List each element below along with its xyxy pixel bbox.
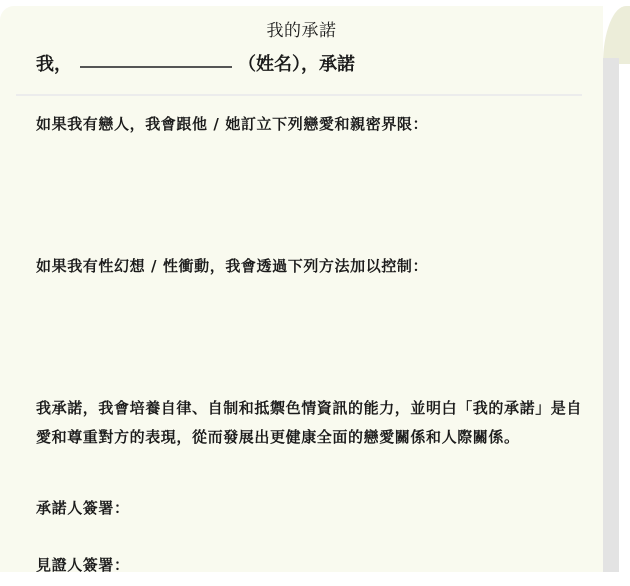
name-line: 我， （姓名），承諾	[36, 50, 355, 76]
witness-signature-label: 見證人簽署：	[36, 551, 586, 580]
name-prefix: 我，	[36, 50, 72, 76]
page-viewport: 我的承諾 我， （姓名），承諾 如果我有戀人，我會跟他 / 她訂立下列戀愛和親密…	[0, 0, 630, 586]
promisor-signature-label: 承諾人簽署：	[36, 494, 586, 523]
divider	[16, 94, 582, 96]
side-margin	[619, 64, 630, 572]
scrollbar-track[interactable]	[603, 58, 619, 572]
fantasy-control-prompt: 如果我有性幻想 / 性衝動，我會透過下列方法加以控制：	[36, 252, 586, 281]
commitment-card: 我的承諾 我， （姓名），承諾 如果我有戀人，我會跟他 / 她訂立下列戀愛和親密…	[0, 6, 603, 572]
name-blank-field[interactable]	[80, 65, 232, 68]
page-title: 我的承諾	[0, 16, 603, 41]
boundaries-prompt: 如果我有戀人，我會跟他 / 她訂立下列戀愛和親密界限：	[36, 110, 586, 139]
name-suffix: （姓名），承諾	[238, 50, 355, 76]
side-decoration-curve	[603, 6, 630, 64]
commitment-statement: 我承諾，我會培養自律、自制和抵禦色情資訊的能力，並明白「我的承諾」是自愛和尊重對…	[36, 394, 586, 452]
